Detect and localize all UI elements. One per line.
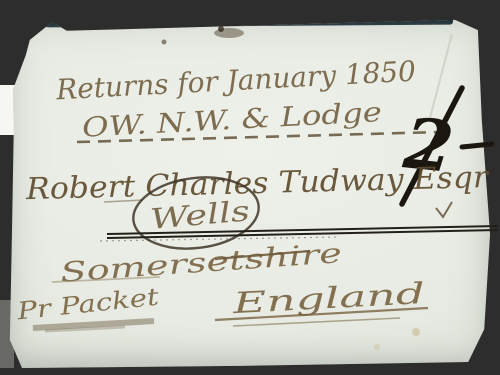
stain-spot [374, 344, 380, 350]
stain-spot [412, 328, 420, 336]
county-text: Somersetshire [59, 238, 342, 289]
ink-smudge-underline [33, 321, 154, 328]
photo-stage: Returns for January 1850 OW. N.W. & Lodg… [0, 0, 500, 375]
rate-marking-dash [462, 144, 492, 147]
flourish-mark [436, 202, 452, 217]
manuscript-ink-layer: Returns for January 1850 OW. N.W. & Lodg… [0, 0, 500, 375]
country-underline [233, 318, 400, 326]
stain-spot [162, 40, 167, 45]
stain-spot [218, 26, 224, 32]
